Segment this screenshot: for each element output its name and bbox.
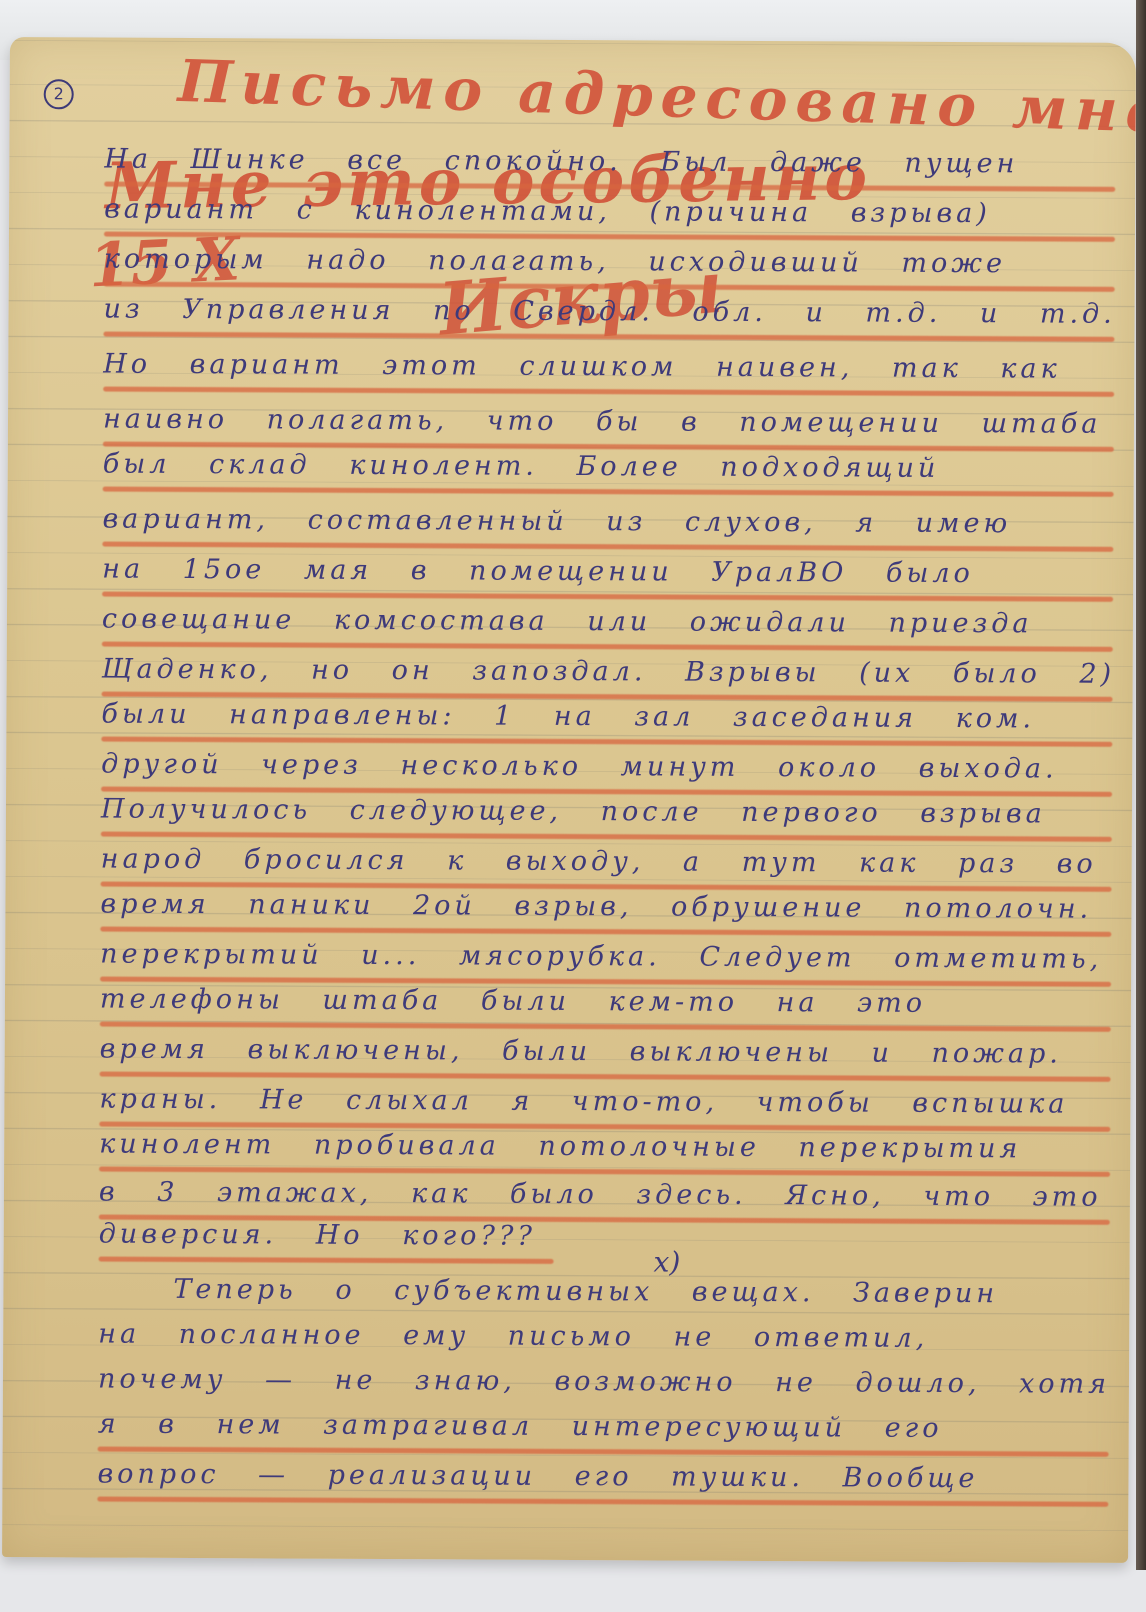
text-line: вопрос — реализации его тушки. Вообще bbox=[97, 1448, 1108, 1513]
red-underline bbox=[97, 1497, 1108, 1507]
binder-edge bbox=[1136, 0, 1146, 1570]
page-number-circle: 2 bbox=[44, 79, 74, 109]
footnote-mark: х) bbox=[654, 1245, 681, 1278]
letter-page: 2 Письмо адресовано мне Мне это особенно… bbox=[2, 37, 1136, 1563]
